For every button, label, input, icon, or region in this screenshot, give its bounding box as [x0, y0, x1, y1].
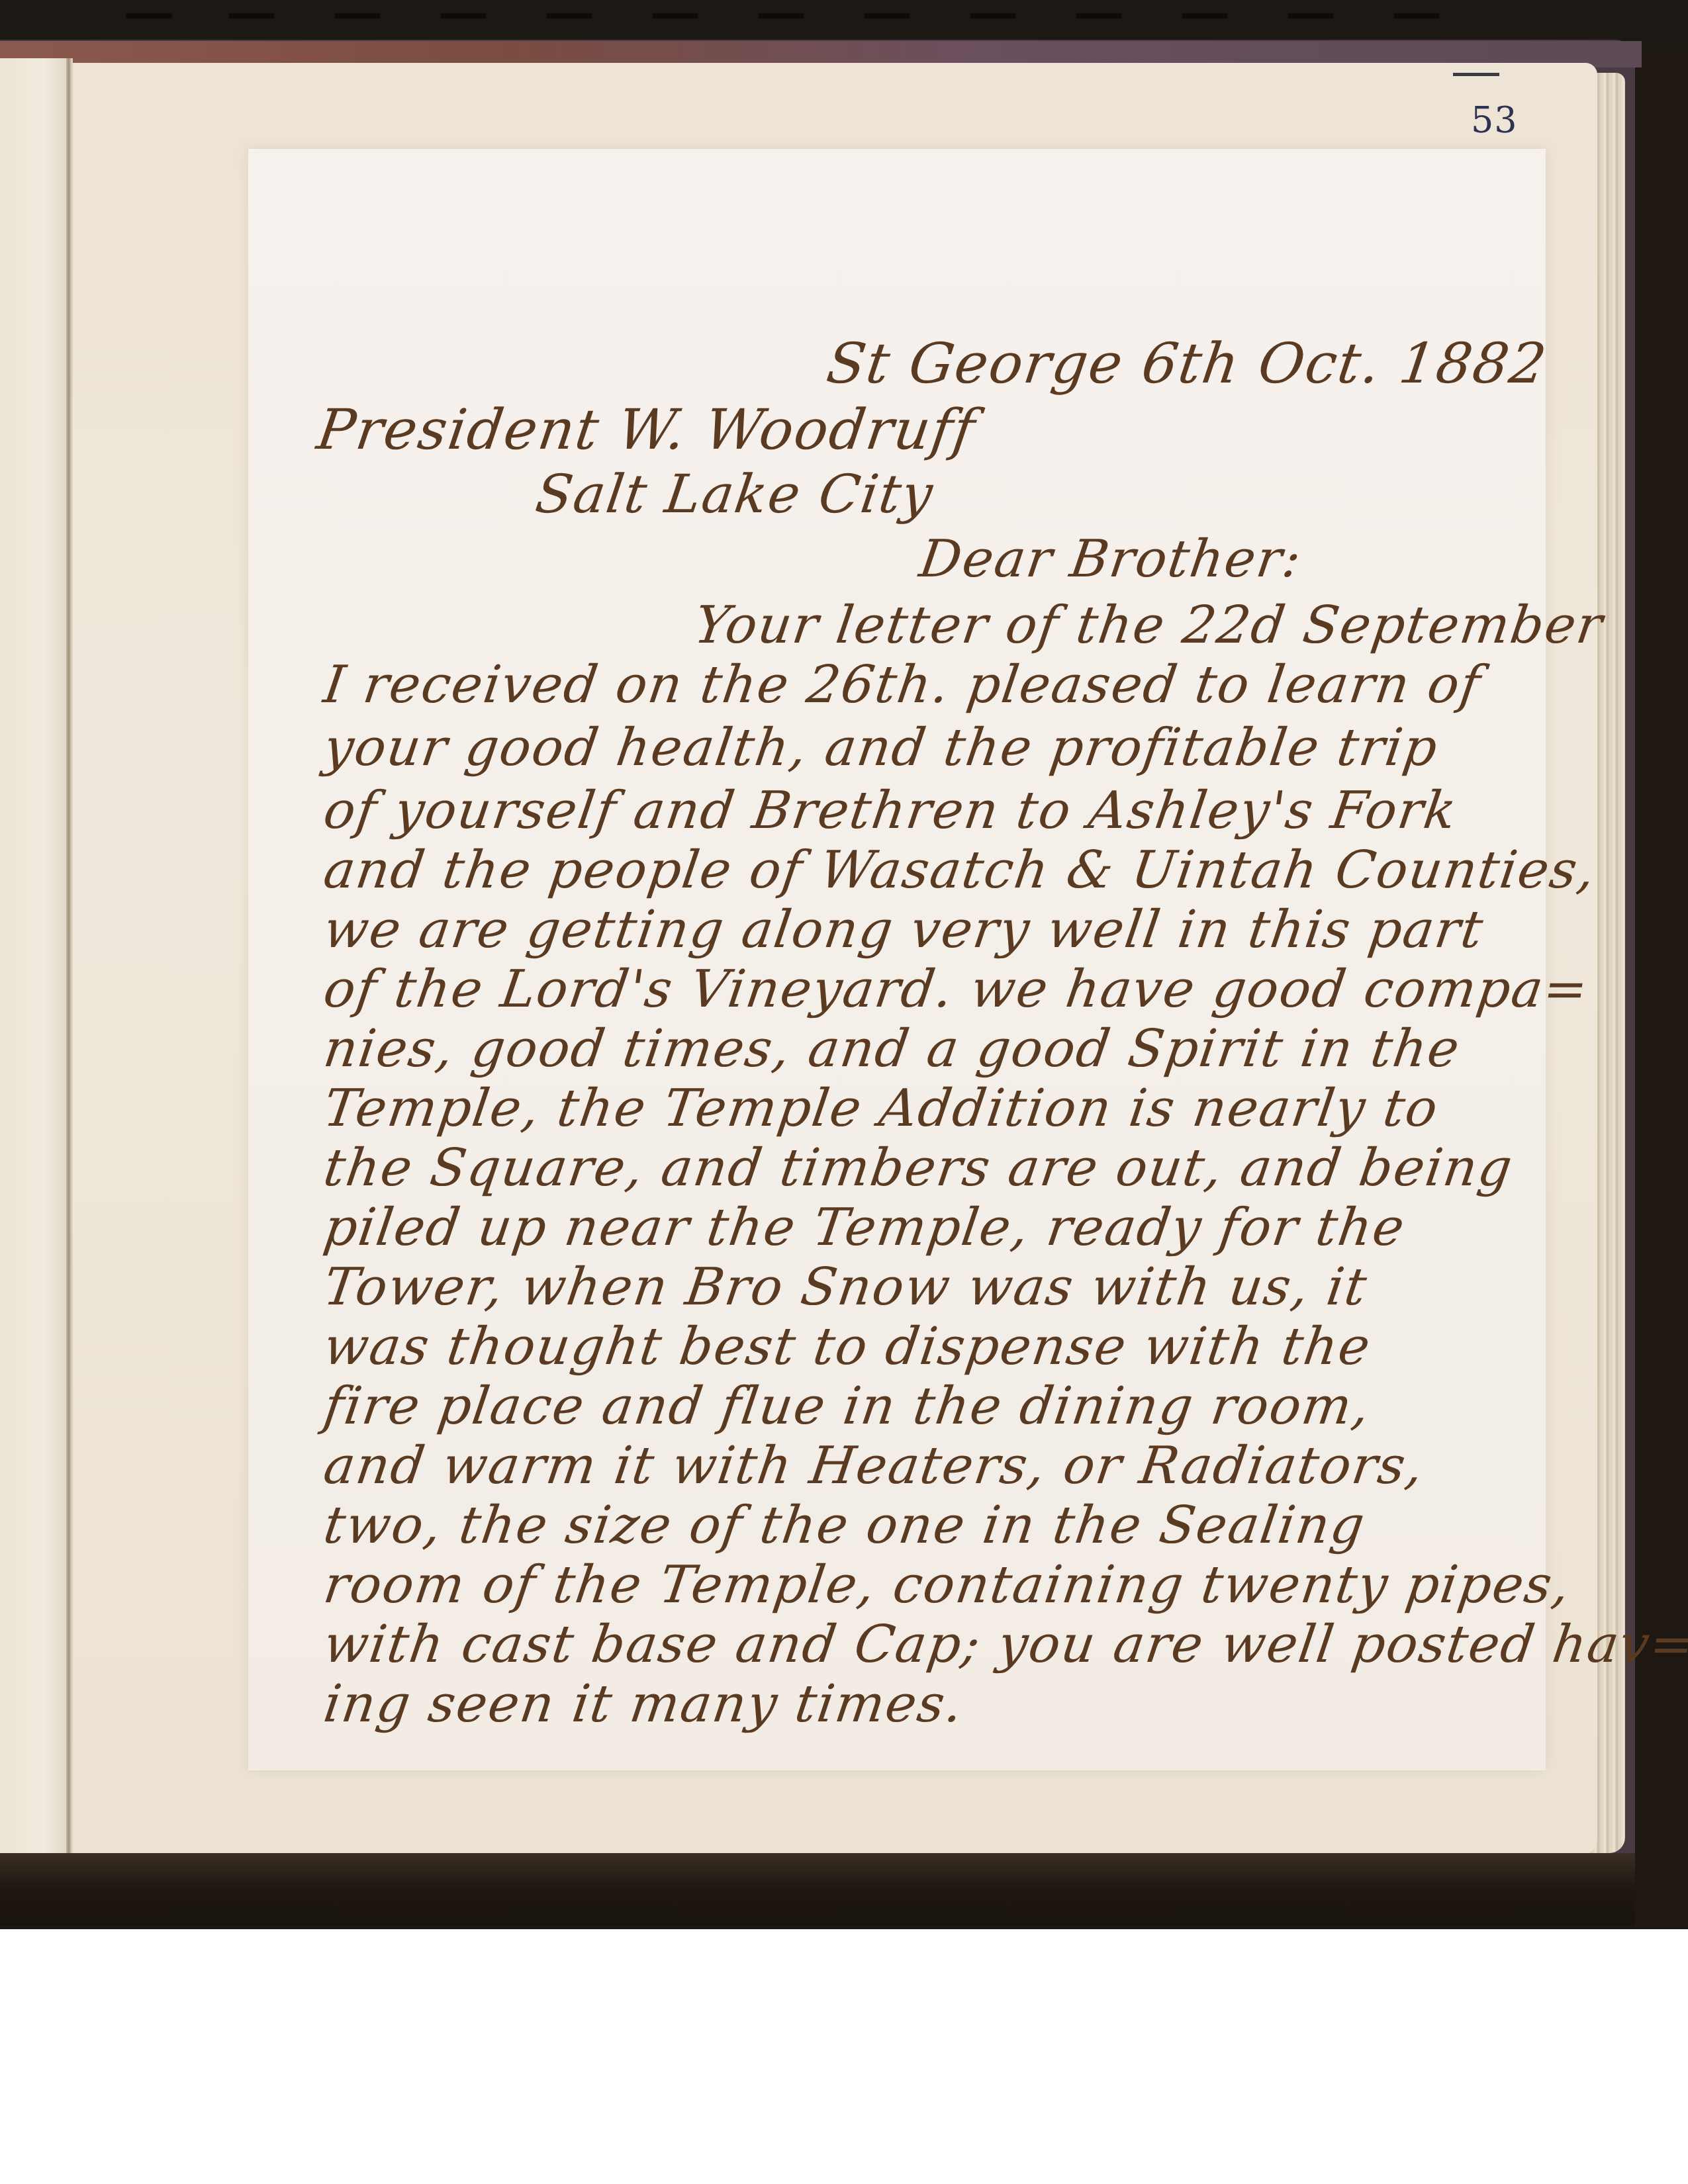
page-number: 53	[1471, 99, 1518, 141]
scanner-mark	[440, 13, 487, 19]
letter-line: and warm it with Heaters, or Radiators,	[320, 1436, 1429, 1496]
left-page-edge	[0, 58, 73, 1858]
letter-line: Your letter of the 22d September	[691, 596, 1607, 655]
scanner-mark	[126, 13, 172, 19]
letter-line: the Square, and timbers are out, and bei…	[320, 1138, 1517, 1198]
letter-line: piled up near the Temple, ready for the	[320, 1198, 1409, 1257]
scanner-mark	[1076, 13, 1122, 19]
letter-line: fire place and flue in the dining room,	[320, 1377, 1375, 1436]
scanner-background-bottom	[0, 1853, 1635, 1926]
letter-addressee-location: Salt Lake City	[532, 463, 937, 525]
letter-line: of yourself and Brethren to Ashley's For…	[320, 781, 1461, 841]
scanner-mark	[1288, 13, 1334, 19]
letter-line: room of the Temple, containing twenty pi…	[320, 1555, 1575, 1615]
letter-line: of the Lord's Vineyard. we have good com…	[320, 960, 1593, 1019]
scanner-mark	[228, 13, 275, 19]
scanner-mark	[864, 13, 910, 19]
letter-place-date: St George 6th Oct. 1882	[823, 331, 1551, 396]
page-number-marks	[1453, 73, 1499, 80]
scanner-mark	[970, 13, 1016, 19]
letter-line: with cast base and Cap; you are well pos…	[320, 1615, 1688, 1674]
scanner-mark	[652, 13, 698, 19]
letter-line: we are getting along very well in this p…	[320, 900, 1488, 960]
letter-addressee: President W. Woodruff	[313, 397, 980, 462]
scanned-book-spread: 53 St George 6th Oct. 1882 President W. …	[0, 0, 1688, 1929]
book-gutter	[66, 58, 71, 1858]
letter-line: ing seen it many times.	[320, 1674, 968, 1734]
letter-line: was thought best to dispense with the	[320, 1317, 1375, 1377]
letter-line: and the people of Wasatch & Uintah Count…	[320, 841, 1600, 900]
letter-line: Temple, the Temple Addition is nearly to	[320, 1079, 1442, 1138]
scanner-mark	[1182, 13, 1228, 19]
letter-line: Tower, when Bro Snow was with us, it	[320, 1257, 1372, 1317]
scanner-mark	[1393, 13, 1440, 19]
scanner-mark	[758, 13, 804, 19]
scanner-mark	[546, 13, 592, 19]
scanner-mark	[334, 13, 381, 19]
letter-line: I received on the 26th. pleased to learn…	[320, 655, 1485, 715]
letter-salutation: Dear Brother:	[916, 529, 1306, 589]
letter-line: nies, good times, and a good Spirit in t…	[320, 1019, 1464, 1079]
letter-line: two, the size of the one in the Sealing	[320, 1496, 1370, 1555]
letter-line: your good health, and the profitable tri…	[320, 718, 1442, 778]
